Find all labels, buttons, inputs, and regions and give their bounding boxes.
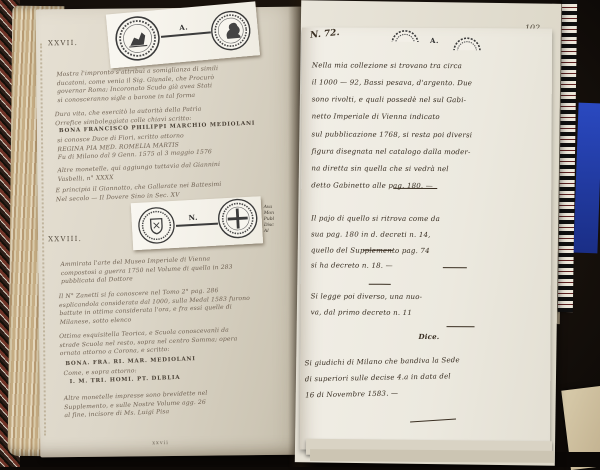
handwritten-paragraph: Ottima esquisitella Teorica, e Scuola co… [59, 324, 300, 359]
photo-of-open-manuscript-book: XXVII. A. [0, 0, 600, 467]
cut-seal-icon [388, 29, 422, 42]
left-manuscript-page: XXVII. A. [36, 7, 309, 458]
tipped-in-letter-sheet: N. 72. A. Nella mia collezione si trovan… [300, 27, 552, 450]
seal-pair-label-n: N. [188, 213, 198, 222]
catchword-signature: xxvii [152, 440, 169, 446]
seal-pair-label-a: A. [179, 22, 189, 32]
handwritten-paragraph: Mostra l'impronto s'attribuì a somiglian… [56, 62, 289, 105]
handwritten-paragraph: Ammirata l'arte del Museo Imperiale di V… [60, 252, 297, 287]
stamp-pair-label-a: A. [430, 36, 439, 45]
coin-seal-cross-icon [217, 197, 259, 239]
handwritten-paragraph: Si legge poi diverso, una nuo- va, dal p… [311, 289, 541, 322]
pen-flourish [410, 419, 456, 423]
handwritten-paragraph: Altre monetelle impresse sono brevidette… [64, 386, 301, 421]
handwritten-paragraph: Nella mia collezione si trovano tra circ… [311, 57, 542, 195]
pen-underline [447, 326, 475, 328]
blue-background-object [573, 103, 600, 254]
collection-mark: N. 72. [310, 28, 340, 41]
pen-underline [393, 188, 437, 190]
coin-seal-rider-icon [113, 14, 162, 63]
pen-underline [443, 267, 467, 269]
handwritten-paragraph: Il pajo di quello si ritrova come da sua… [311, 211, 541, 275]
coin-seal-arms-icon [137, 206, 176, 245]
section-label-xxviii: XXVIII. [48, 235, 82, 243]
underlying-page-edge [310, 449, 554, 463]
pasted-seal-strip-1: A. [106, 1, 260, 68]
seal-connector-line [176, 223, 218, 227]
decorated-cover-band [558, 0, 577, 312]
margin-prick-marks [40, 43, 46, 435]
handwritten-closing-paragraph: Si giudichi di Milano che bandiva la Sed… [304, 350, 543, 403]
pen-underline [363, 250, 393, 252]
coin-seal-bust-icon [209, 9, 252, 52]
handwritten-paragraph: Il N° Zanetti si fa conoscere nel Tomo 2… [59, 284, 300, 327]
cut-seal-icon [450, 36, 484, 50]
section-label-xxvii: XXVII. [48, 39, 78, 47]
handwritten-word-dice: Dice. [418, 328, 439, 345]
handwritten-paragraph: si conosce Duce di Fiori, scritto attorn… [57, 128, 290, 162]
seal-connector-line [161, 31, 211, 37]
pasted-seal-strip-2: N. [131, 196, 263, 250]
pen-underline [369, 284, 391, 286]
seal-legend-line: BONA. FRA. RI. MAR. MEDIOLANI [65, 356, 195, 367]
